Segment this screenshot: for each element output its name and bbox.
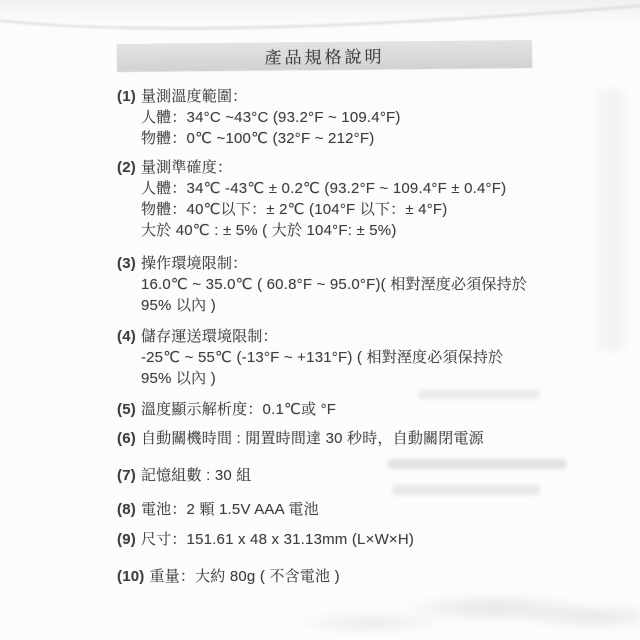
spec-item-line: 16.0℃ ~ 35.0℃ ( 60.8°F ~ 95.0°F)( 相對溼度必須… bbox=[141, 274, 527, 295]
spec-item-2: (2) 量測準確度： 人體：34℃ -43℃ ± 0.2℃ (93.2°F ~ … bbox=[117, 157, 506, 241]
spec-item-number: (3) bbox=[117, 253, 136, 274]
scan-bleedthrough-artifact bbox=[388, 459, 566, 469]
spec-item-9: (9) 尺寸：151.61 x 48 x 31.13mm (L×W×H) bbox=[117, 529, 414, 550]
spec-item-heading: 重量：大約 80g ( 不含電池 ) bbox=[149, 566, 339, 587]
spec-item-line: 95% 以內 ) bbox=[141, 295, 527, 316]
spec-item-number: (7) bbox=[117, 465, 136, 486]
scanned-spec-document: 產品規格說明 (1) 量測溫度範圍： 人體：34°C ~43°C (93.2°F… bbox=[0, 0, 640, 640]
spec-item-number: (8) bbox=[117, 499, 136, 520]
scan-top-shading bbox=[0, 0, 640, 24]
spec-title-banner: 產品規格說明 bbox=[117, 40, 532, 71]
spec-item-7: (7) 記憶組數 : 30 組 bbox=[117, 465, 252, 486]
spec-item-heading: 尺寸：151.61 x 48 x 31.13mm (L×W×H) bbox=[141, 529, 414, 550]
spec-item-3: (3) 操作環境限制： 16.0℃ ~ 35.0℃ ( 60.8°F ~ 95.… bbox=[117, 253, 527, 316]
spec-item-4: (4) 儲存運送環境限制： -25℃ ~ 55℃ (-13°F ~ +131°F… bbox=[117, 326, 503, 389]
spec-item-line: 物體：40℃以下：± 2℃ (104°F 以下：± 4°F) bbox=[141, 199, 506, 220]
spec-item-heading: 溫度顯示解析度：0.1℃或 °F bbox=[141, 399, 336, 420]
spec-item-number: (5) bbox=[117, 399, 136, 420]
spec-item-line: 95% 以內 ) bbox=[141, 368, 503, 389]
spec-item-6: (6) 自動關機時間 : 閒置時間達 30 秒時，自動關閉電源 bbox=[117, 428, 484, 449]
spec-item-line: 人體：34°C ~43°C (93.2°F ~ 109.4°F) bbox=[141, 107, 401, 128]
spec-item-number: (4) bbox=[117, 326, 136, 347]
spec-item-number: (1) bbox=[117, 86, 136, 107]
spec-item-number: (2) bbox=[117, 157, 136, 178]
spec-item-8: (8) 電池：2 顆 1.5V AAA 電池 bbox=[117, 499, 319, 520]
scan-bleedthrough-artifact bbox=[598, 90, 624, 350]
spec-item-heading: 量測準確度： bbox=[141, 157, 506, 178]
spec-item-line: 大於 40℃ : ± 5% ( 大於 104°F: ± 5%) bbox=[141, 220, 506, 241]
spec-item-heading: 電池：2 顆 1.5V AAA 電池 bbox=[141, 499, 319, 520]
scan-bottom-mottling bbox=[280, 582, 640, 640]
spec-item-5: (5) 溫度顯示解析度：0.1℃或 °F bbox=[117, 399, 336, 420]
spec-item-1: (1) 量測溫度範圍： 人體：34°C ~43°C (93.2°F ~ 109.… bbox=[117, 86, 401, 149]
spec-item-heading: 儲存運送環境限制： bbox=[141, 326, 503, 347]
scan-bleedthrough-artifact bbox=[392, 485, 540, 495]
spec-item-line: 人體：34℃ -43℃ ± 0.2℃ (93.2°F ~ 109.4°F ± 0… bbox=[141, 178, 506, 199]
scan-bleedthrough-artifact bbox=[418, 390, 540, 399]
spec-item-number: (10) bbox=[117, 566, 144, 587]
spec-item-number: (6) bbox=[117, 428, 136, 449]
page-title: 產品規格說明 bbox=[264, 42, 384, 68]
spec-item-heading: 操作環境限制： bbox=[141, 253, 527, 274]
spec-item-number: (9) bbox=[117, 529, 136, 550]
spec-item-10: (10) 重量：大約 80g ( 不含電池 ) bbox=[117, 566, 340, 587]
spec-item-line: -25℃ ~ 55℃ (-13°F ~ +131°F) ( 相對溼度必須保持於 bbox=[141, 347, 503, 368]
spec-item-heading: 自動關機時間 : 閒置時間達 30 秒時，自動關閉電源 bbox=[141, 428, 484, 449]
spec-item-heading: 量測溫度範圍： bbox=[141, 86, 401, 107]
spec-item-heading: 記憶組數 : 30 組 bbox=[141, 465, 252, 486]
spec-item-line: 物體：0℃ ~100℃ (32°F ~ 212°F) bbox=[141, 128, 401, 149]
